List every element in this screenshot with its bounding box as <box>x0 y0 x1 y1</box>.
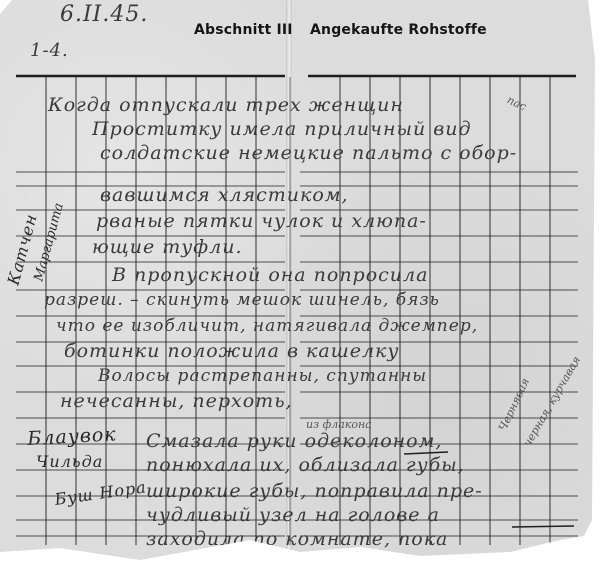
text-line: что ее изобличит, натягивала джемпер, <box>56 316 478 336</box>
section-header: Abschnitt III <box>194 22 293 38</box>
text-line: нечесанны, перхоть, <box>60 390 293 412</box>
text-line: чудливый узел на голове а <box>146 504 440 526</box>
text-line: Когда отпускали трех женщин <box>48 94 404 116</box>
range-note: 1-4. <box>30 40 69 61</box>
text-line: заходила по комнате, пока <box>146 528 448 550</box>
document-page: Abschnitt III Angekaufte Rohstoffe 6.II.… <box>0 0 595 568</box>
date-note: 6.II.45. <box>60 2 148 27</box>
text-line: ботинки положила в кашелку <box>64 340 399 362</box>
text-line: Волосы растрепанны, спутанны <box>98 366 427 386</box>
text-line: Смазала руки одеколоном, <box>146 430 442 452</box>
text-line: солдатские немецкие пальто с обор- <box>100 142 517 164</box>
section-title: Angekaufte Rohstoffe <box>310 22 487 38</box>
text-line: рваные пятки чулок и хлюпа- <box>96 210 427 232</box>
text-line: вавшимся хлястиком, <box>100 184 349 206</box>
text-line: широкие губы, поправила пре- <box>146 480 483 502</box>
text-line: разреш. – скинуть мешок шинель, бязь <box>44 290 440 310</box>
text-line: В пропускной она попросила <box>112 264 428 286</box>
margin-name: Чильда <box>36 452 103 471</box>
text-line: понюхала их, облизала губы, <box>146 454 465 476</box>
text-line: ющие туфли. <box>92 236 243 258</box>
text-line: Проститку имела приличный вид <box>92 118 472 140</box>
margin-name: Блаувок <box>27 423 117 450</box>
